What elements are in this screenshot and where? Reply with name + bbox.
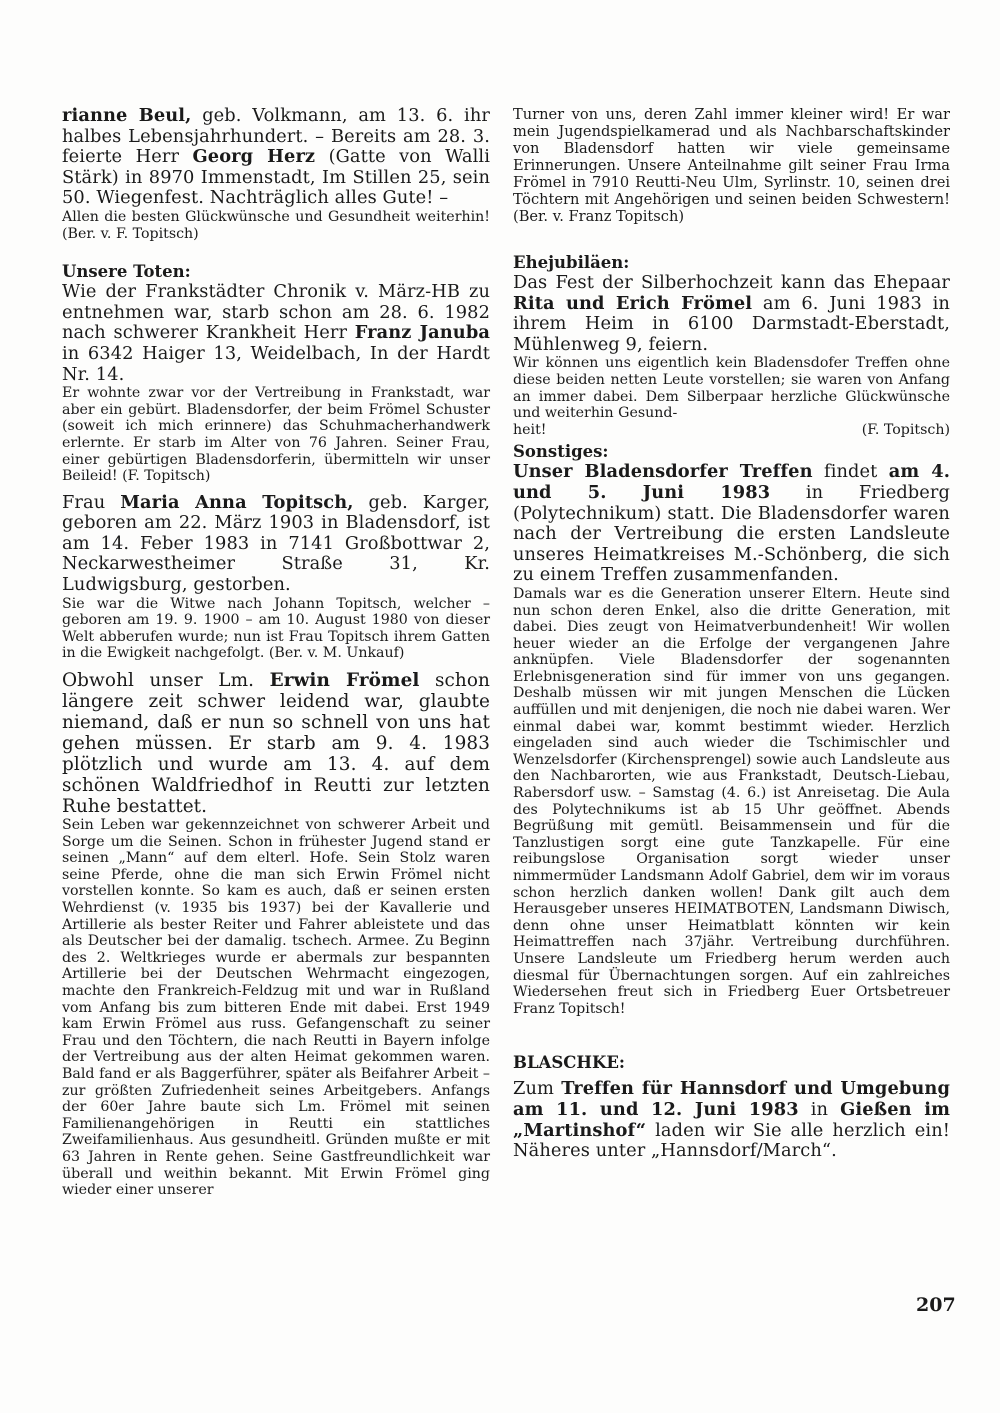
page-number: 207 xyxy=(916,1294,956,1316)
froemel-lead: Obwohl unser Lm. Erwin Frömel schon läng… xyxy=(62,670,490,817)
text: Das Fest der Silberhochzeit kann das Ehe… xyxy=(513,272,950,293)
ehe-signature-line: heit! (F. Topitsch) xyxy=(513,422,950,439)
left-column: rianne Beul, geb. Volkmann, am 13. 6. ih… xyxy=(62,106,490,1199)
name-bold: Maria Anna Topitsch, xyxy=(120,492,353,513)
right-column: Turner von uns, deren Zahl immer kleiner… xyxy=(513,106,950,1162)
text: heit! xyxy=(513,422,546,439)
name-bold: Rita und Erich Frömel xyxy=(513,293,752,314)
januba-body: Er wohnte zwar vor der Vertreibung in Fr… xyxy=(62,385,490,485)
text: Zum xyxy=(513,1078,561,1099)
text: findet xyxy=(813,461,889,482)
topitsch-lead: Frau Maria Anna Topitsch, geb. Karger, g… xyxy=(62,493,490,596)
name-bold: Franz Januba xyxy=(355,322,490,343)
froemel-body: Sein Leben war gekennzeichnet von schwer… xyxy=(62,817,490,1199)
name-bold: Erwin Frömel xyxy=(270,670,420,691)
text: schon längere zeit schwer leidend war, g… xyxy=(62,670,490,817)
ehe-body: Wir können uns eigentlich kein Bladensdo… xyxy=(513,355,950,421)
text: Frau xyxy=(62,492,120,513)
section-heading-ehejubilaeen: Ehejubiläen: xyxy=(513,253,950,273)
section-heading-toten: Unsere Toten: xyxy=(62,262,490,282)
text: in 6342 Haiger 13, Weidelbach, In der Ha… xyxy=(62,343,490,385)
ehe-lead: Das Fest der Silberhochzeit kann das Ehe… xyxy=(513,273,950,355)
text: in xyxy=(799,1099,840,1120)
event-bold: Unser Bladensdorfer Treffen xyxy=(513,461,813,482)
sonstiges-body: Damals war es die Generation unserer Elt… xyxy=(513,586,950,1017)
froemel-continuation: Turner von uns, deren Zahl immer kleiner… xyxy=(513,106,950,225)
section-heading-sonstiges: Sonstiges: xyxy=(513,442,950,462)
topitsch-body: Sie war die Witwe nach Johann Topitsch, … xyxy=(62,596,490,662)
section-heading-blaschke: BLASCHKE: xyxy=(513,1053,950,1073)
name-bold: rianne Beul, xyxy=(62,105,191,126)
sonstiges-lead: Unser Bladensdorfer Treffen findet am 4.… xyxy=(513,462,950,586)
signature: (F. Topitsch) xyxy=(862,422,950,439)
januba-lead: Wie der Frankstädter Chronik v. März-HB … xyxy=(62,282,490,385)
intro-paragraph: rianne Beul, geb. Volkmann, am 13. 6. ih… xyxy=(62,106,490,209)
text: Obwohl unser Lm. xyxy=(62,670,270,691)
name-bold: Georg Herz xyxy=(193,146,316,167)
intro-greeting: Allen die besten Glückwünsche und Gesund… xyxy=(62,209,490,242)
blaschke-paragraph: Zum Treffen für Hannsdorf und Umgebung a… xyxy=(513,1079,950,1161)
